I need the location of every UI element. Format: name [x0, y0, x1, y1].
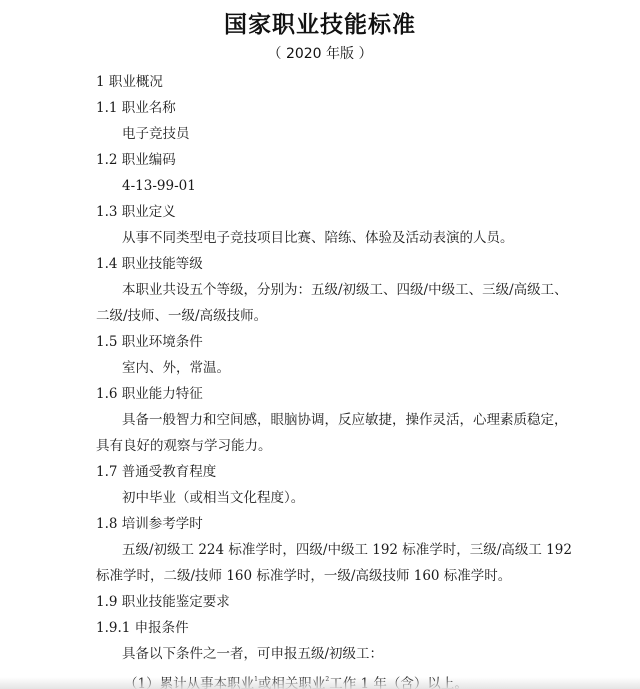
- body-text-continued: 具有良好的观察与学习能力。: [96, 437, 272, 455]
- section-heading: 1.7 普通受教育程度: [96, 463, 216, 481]
- section-heading: 1.8 培训参考学时: [96, 515, 203, 533]
- section-heading: 1.4 职业技能等级: [96, 255, 203, 273]
- body-text: 具备一般智力和空间感，眼脑协调，反应敏捷，操作灵活，心理素质稳定，: [122, 411, 568, 429]
- body-text: 室内、外，常温。: [122, 359, 230, 377]
- section-heading: 1.1 职业名称: [96, 99, 176, 117]
- section-heading: 1.3 职业定义: [96, 203, 176, 221]
- document-title: 国家职业技能标准: [0, 6, 640, 39]
- section-heading: 1 职业概况: [96, 73, 163, 91]
- body-text: 五级/初级工 224 标准学时，四级/中级工 192 标准学时，三级/高级工 1…: [122, 541, 572, 559]
- body-text: 从事不同类型电子竞技项目比赛、陪练、体验及活动表演的人员。: [122, 229, 514, 247]
- body-text-continued: 标准学时，二级/技师 160 标准学时，一级/高级技师 160 标准学时。: [96, 567, 511, 585]
- body-text: 初中毕业（或相当文化程度）。: [122, 489, 304, 507]
- body-text: 具备以下条件之一者，可申报五级/初级工：: [122, 645, 383, 663]
- body-text: 电子竞技员: [122, 125, 190, 143]
- section-heading: 1.5 职业环境条件: [96, 333, 203, 351]
- document-edition: （ 2020 年版 ）: [0, 43, 640, 63]
- section-heading: 1.6 职业能力特征: [96, 385, 203, 403]
- bottom-shadow: [0, 677, 640, 689]
- body-text: 4-13-99-01: [122, 177, 196, 195]
- section-heading: 1.2 职业编码: [96, 151, 176, 169]
- body-text: 本职业共设五个等级，分别为：五级/初级工、四级/中级工、三级/高级工、: [122, 281, 568, 299]
- body-text-continued: 二级/技师、一级/高级技师。: [96, 307, 267, 325]
- section-heading: 1.9 职业技能鉴定要求: [96, 593, 230, 611]
- section-heading: 1.9.1 申报条件: [96, 619, 189, 637]
